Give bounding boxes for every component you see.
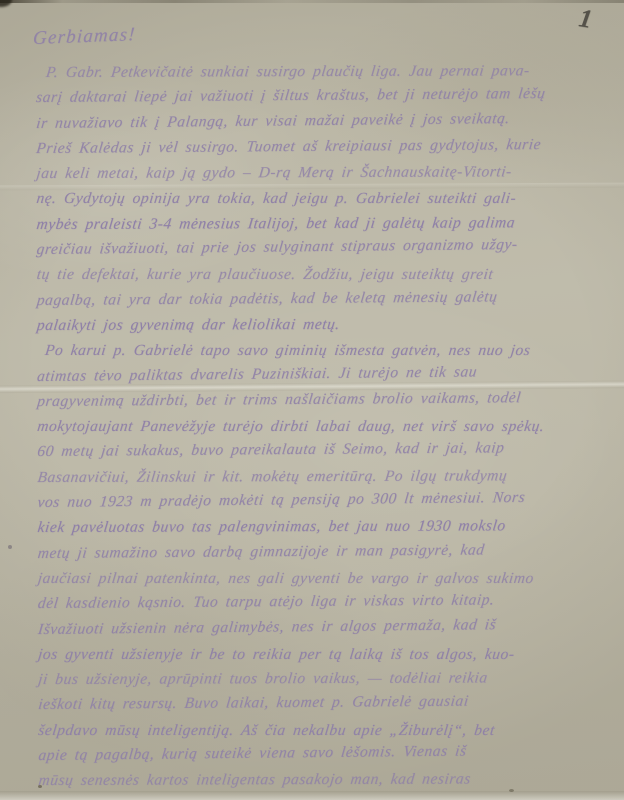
handwriting-line: ieškoti kitų resursų. Buvo laikai, kuome… <box>37 688 600 718</box>
handwriting-line: jos gyventi užsienyje ir be to reikia pe… <box>37 642 600 667</box>
handwriting-line: greičiau išvažiuoti, tai prie jos sulygi… <box>35 231 598 262</box>
handwriting-line: mūsų senesnės kartos inteligentas pasako… <box>37 766 600 793</box>
letter-body: P. Gabr. Petkevičaitė sunkiai susirgo pl… <box>36 58 599 794</box>
paper-edge-top <box>0 0 624 3</box>
paper-corner-speck <box>0 0 12 7</box>
salutation: Gerbiamas! <box>32 24 136 50</box>
handwriting-line: palaikyti jos gyvenimą dar keliolikai me… <box>35 311 598 338</box>
handwriting-line: jau keli metai, kaip ją gydo – D-rą Merą… <box>35 159 598 186</box>
handwriting-line: metų ji sumažino savo darbą gimnazijoje … <box>36 536 599 566</box>
letter-page: 1 Gerbiamas! P. Gabr. Petkevičaitė sunki… <box>0 0 624 800</box>
handwriting-line: ir nuvažiavo tik į Palangą, kur visai ma… <box>35 105 598 136</box>
handwriting-line: atimtas tėvo paliktas dvarelis Puziniški… <box>36 358 599 389</box>
handwriting-line: vos nuo 1923 m pradėjo mokėti tą pensiją… <box>36 484 599 515</box>
handwriting-line: apie tą pagalbą, kurią suteikė viena sav… <box>37 737 600 768</box>
paper-speck <box>509 789 514 792</box>
handwriting-line: 60 metų jai sukakus, buvo pareikalauta i… <box>36 435 599 465</box>
handwriting-line: Išvažiuoti užsienin nėra galimybės, nes … <box>37 611 600 642</box>
paper-edge-bottom <box>0 791 624 800</box>
paper-speck <box>38 785 42 788</box>
handwriting-line: Prieš Kalėdas ji vėl susirgo. Tuomet aš … <box>35 131 598 161</box>
handwriting-line: pagalbą, tai yra dar tokia padėtis, kad … <box>35 283 598 313</box>
handwriting-line: nę. Gydytojų opinija yra tokia, kad jeig… <box>35 186 598 211</box>
handwriting-line: pragyvenimą uždirbti, bet ir trims našla… <box>36 384 599 414</box>
page-number: 1 <box>577 3 595 35</box>
paper-speck <box>8 545 12 549</box>
